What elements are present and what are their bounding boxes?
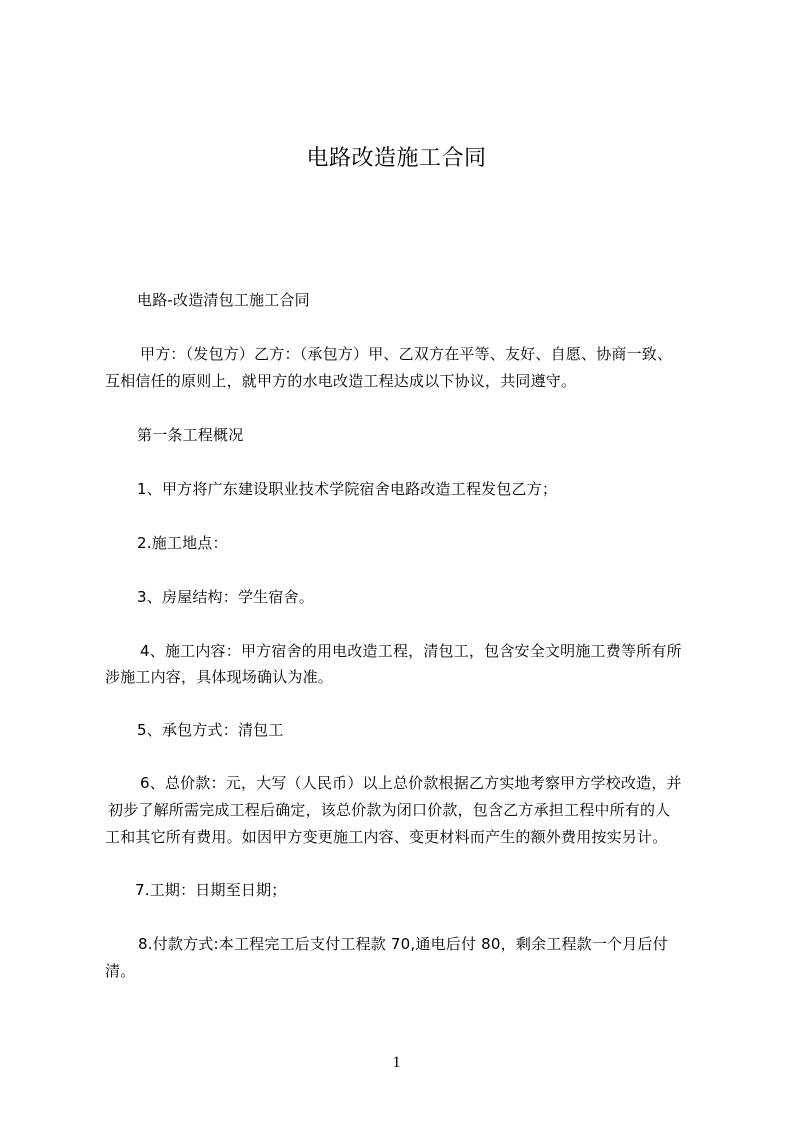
clause-2-location: 2.施工地点： [137, 533, 228, 553]
parties-paragraph-line-1: 甲方：（发包方）乙方：（承包方）甲、乙双方在平等、友好、自愿、协商一致、 [140, 344, 672, 364]
clause-6-line-2: 初步了解所需完成工程后确定，该总价款为闭口价款，包含乙方承担工程中所有的人 [108, 800, 670, 820]
parties-paragraph-line-2: 互相信任的原则上，就甲方的水电改造工程达成以下协议，共同遵守。 [105, 371, 576, 391]
clause-8-line-2: 清。 [105, 961, 135, 981]
clause-5-contract-method: 5、承包方式：清包工 [137, 720, 284, 740]
contract-subtitle: 电路-改造清包工施工合同 [137, 290, 310, 310]
clause-7-duration: 7.工期：日期至日期； [135, 880, 287, 900]
page-number: 1 [0, 1054, 793, 1072]
clause-4-line-1: 4、施工内容：甲方宿舍的用电改造工程，清包工，包含安全文明施工费等所有所 [140, 641, 682, 661]
clause-3-structure: 3、房屋结构：学生宿舍。 [137, 587, 314, 607]
section-heading-project-overview: 第一条工程概况 [137, 425, 243, 445]
document-page: 电路改造施工合同 电路-改造清包工施工合同 甲方：（发包方）乙方：（承包方）甲、… [0, 0, 793, 1122]
clause-6-line-3: 工和其它所有费用。如因甲方变更施工内容、变更材料而产生的额外费用按实另计。 [105, 827, 667, 847]
document-title: 电路改造施工合同 [0, 141, 793, 172]
clause-8-line-1: 8.付款方式:本工程完工后支付工程款 70,通电后付 80，剩余工程款一个月后付 [138, 934, 668, 954]
clause-4-line-2: 涉施工内容，具体现场确认为准。 [105, 667, 333, 687]
clause-1: 1、甲方将广东建设职业技术学院宿舍电路改造工程发包乙方； [137, 479, 557, 499]
clause-6-line-1: 6、总价款：元，大写（人民币）以上总价款根据乙方实地考察甲方学校改造，并 [140, 773, 682, 793]
